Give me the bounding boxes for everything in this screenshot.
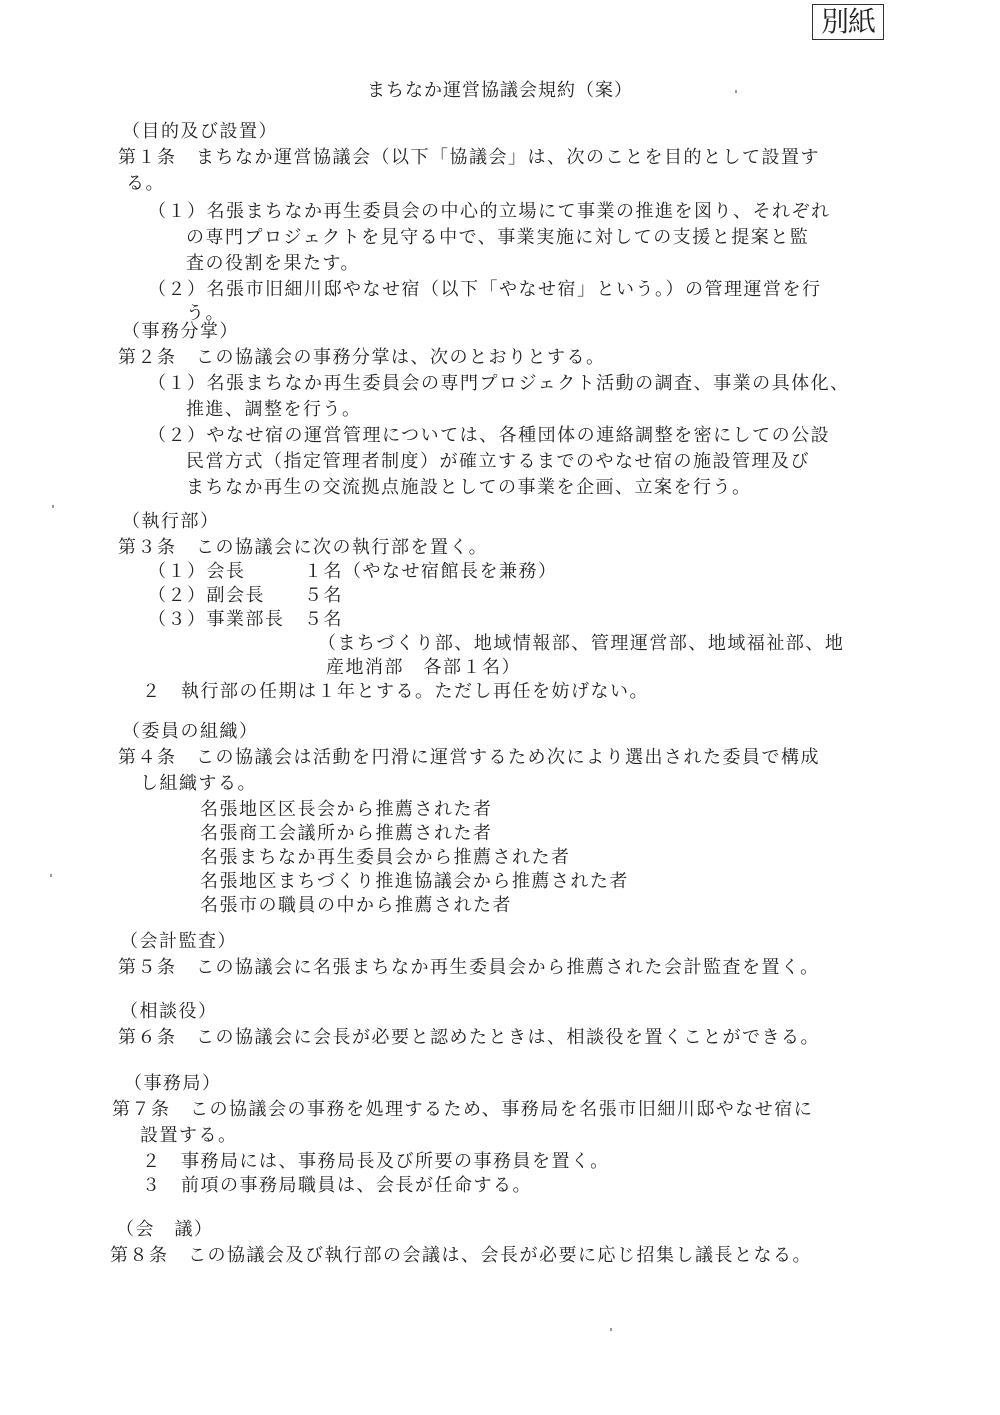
article-heading: （会計監査）: [120, 930, 237, 954]
article-line: し組織する。: [140, 772, 257, 796]
article-line: 第３条 この協議会に次の執行部を置く。: [118, 536, 488, 560]
article-line: る。: [126, 172, 165, 196]
article-line: 推進、調整を行う。: [186, 398, 362, 422]
article-line: （２）副会長 ５名: [148, 584, 343, 608]
article-line: 名張商工会議所から推薦された者: [200, 822, 493, 846]
article-line: 査の役割を果たす。: [186, 252, 360, 276]
article-line: （２）やなせ宿の運営管理については、各種団体の連絡調整を密にしての公設: [148, 424, 830, 448]
scan-speck: [735, 90, 737, 93]
attachment-stamp: 別紙: [812, 4, 884, 40]
article-heading: （事務分掌）: [122, 320, 239, 344]
article-line: 第５条 この協議会に名張まちなか再生委員会から推薦された会計監査を置く。: [118, 956, 820, 980]
article-line: ２ 執行部の任期は１年とする。ただし再任を妨げない。: [142, 680, 649, 704]
scan-speck: [610, 1328, 612, 1331]
document-title: まちなか運営協議会規約（案）: [0, 76, 1000, 102]
article-line: 第７条 この協議会の事務を処理するため、事務局を名張市旧細川邸やなせ宿に: [112, 1098, 813, 1122]
article-line: 第２条 この協議会の事務分掌は、次のとおりとする。: [118, 346, 606, 370]
article-line: 第４条 この協議会は活動を円滑に運営するため次により選出された委員で構成: [118, 746, 820, 770]
article-line: （２）名張市旧細川邸やなせ宿（以下「やなせ宿」という。）の管理運営を行: [148, 278, 822, 302]
article-line: ３ 前項の事務局職員は、会長が任命する。: [142, 1174, 532, 1198]
article-line: の専門プロジェクトを見守る中で、事業実施に対しての支援と提案と監: [186, 226, 809, 250]
article-heading: （委員の組織）: [122, 720, 259, 744]
article-line: ２ 事務局には、事務局長及び所要の事務員を置く。: [142, 1150, 610, 1174]
article-line: 第１条 まちなか運営協議会（以下「協議会」は、次のことを目的として設置す: [118, 146, 820, 170]
article-line: （１）名張まちなか再生委員会の専門プロジェクト活動の調査、事業の具体化、: [148, 372, 850, 396]
article-heading: （会 議）: [116, 1218, 214, 1242]
article-line: （３）事業部長 ５名: [148, 608, 343, 632]
article-line: （１）名張まちなか再生委員会の中心的立場にて事業の推進を図り、それぞれ: [148, 200, 831, 224]
article-line: （１）会長 １名（やなせ宿館長を兼務）: [148, 560, 558, 584]
article-line: 第６条 この協議会に会長が必要と認めたときは、相談役を置くことができる。: [118, 1026, 820, 1050]
article-line: 名張地区区長会から推薦された者: [200, 798, 493, 822]
article-line: まちなか再生の交流拠点施設としての事業を企画、立案を行う。: [186, 476, 752, 500]
article-heading: （事務局）: [124, 1072, 222, 1096]
article-line: 産地消部 各部１名）: [326, 656, 521, 680]
article-line: 名張市の職員の中から推薦された者: [200, 894, 512, 918]
scan-speck: [52, 505, 54, 508]
article-heading: （目的及び設置）: [122, 120, 278, 144]
document-page: 別紙 まちなか運営協議会規約（案） （目的及び設置） 第１条 まちなか運営協議会…: [0, 0, 1000, 1415]
article-heading: （相談役）: [120, 1000, 218, 1024]
article-heading: （執行部）: [122, 510, 220, 534]
article-line: 名張まちなか再生委員会から推薦された者: [200, 846, 571, 870]
article-line: 名張地区まちづくり推進協議会から推薦された者: [200, 870, 629, 894]
article-line: 民営方式（指定管理者制度）が確立するまでのやなせ宿の施設管理及び: [186, 450, 810, 474]
scan-speck: [50, 874, 52, 877]
article-line: （まちづくり部、地域情報部、管理運営部、地域福祉部、地: [318, 632, 844, 656]
article-line: 第８条 この協議会及び執行部の会議は、会長が必要に応じ招集し議長となる。: [110, 1244, 812, 1268]
article-line: 設置する。: [140, 1124, 238, 1148]
